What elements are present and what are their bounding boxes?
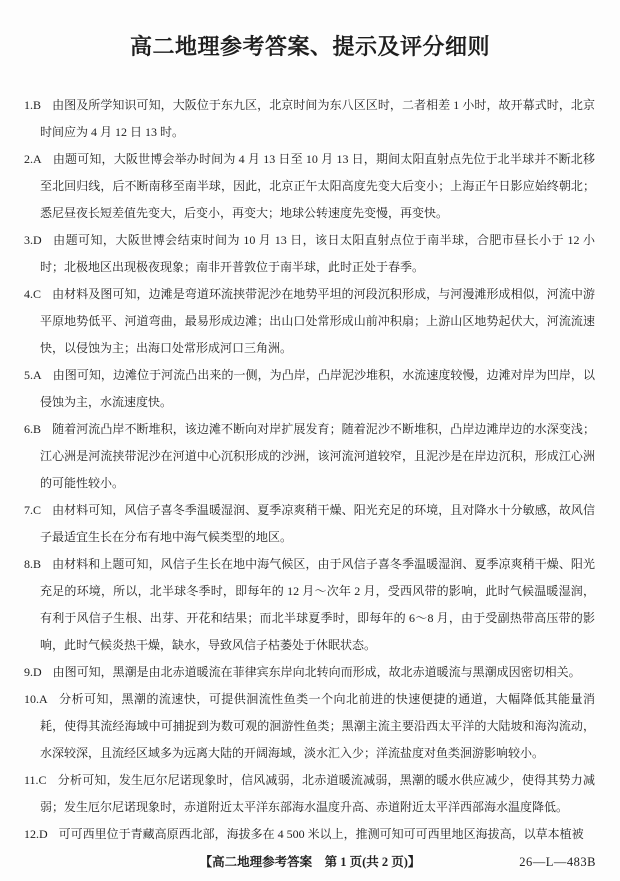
page-title: 高二地理参考答案、提示及评分细则 <box>0 0 620 62</box>
answer-text: 随着河流凸岸不断堆积，该边滩不断向对岸扩展发育；随着泥沙不断堆积，凸岸边滩岸边的… <box>40 422 595 490</box>
answer-item-1: 1.B由图及所学知识可知，大阪位于东九区，北京时间为东八区区时，二者相差 1 小… <box>40 92 595 146</box>
answer-text: 分析可知，黑潮的流速快，可提供洄流性鱼类一个向北前进的快速便捷的通道，大幅降低其… <box>40 692 595 760</box>
answer-number: 9.D <box>24 665 42 679</box>
answer-item-8: 8.B由材料和上题可知，风信子生长在地中海气候区，由于风信子喜冬季温暖湿润、夏季… <box>40 551 595 659</box>
answer-number: 11.C <box>24 773 47 787</box>
answer-number: 3.D <box>24 233 42 247</box>
answer-number: 7.C <box>24 503 41 517</box>
footer-document-code: 26—L—483B <box>519 854 596 871</box>
answer-number: 1.B <box>24 98 41 112</box>
answer-number: 6.B <box>24 422 41 436</box>
answer-sheet-page: 高二地理参考答案、提示及评分细则 1.B由图及所学知识可知，大阪位于东九区，北京… <box>0 0 620 881</box>
answer-number: 4.C <box>24 287 41 301</box>
answer-item-9: 9.D由图可知，黑潮是由北赤道暖流在菲律宾东岸向北转向而形成，故北赤道暖流与黑潮… <box>40 659 595 686</box>
answers-list: 1.B由图及所学知识可知，大阪位于东九区，北京时间为东八区区时，二者相差 1 小… <box>0 92 620 848</box>
answer-text: 由图及所学知识可知，大阪位于东九区，北京时间为东八区区时，二者相差 1 小时，故… <box>40 98 595 139</box>
answer-number: 10.A <box>24 692 48 706</box>
answer-text: 由材料和上题可知，风信子生长在地中海气候区，由于风信子喜冬季温暖湿润、夏季凉爽稍… <box>40 557 595 652</box>
answer-text: 由图可知，边滩位于河流凸出来的一侧，为凸岸，凸岸泥沙堆积，水流速度较慢，边滩对岸… <box>40 368 595 409</box>
answer-item-7: 7.C由材料可知，风信子喜冬季温暖湿润、夏季凉爽稍干燥、阳光充足的环境，且对降水… <box>40 497 595 551</box>
answer-item-2: 2.A由题可知，大阪世博会举办时间为 4 月 13 日至 10 月 13 日，期… <box>40 146 595 227</box>
answer-number: 5.A <box>24 368 42 382</box>
answer-item-12: 12.D可可西里位于青藏高原西北部，海拔多在 4 500 米以上，推测可知可可西… <box>40 821 595 848</box>
answer-text: 分析可知，发生厄尔尼诺现象时，信风减弱，北赤道暖流减弱，黑潮的暖水供应减少，使得… <box>40 773 595 814</box>
answer-text: 由题可知，大阪世博会举办时间为 4 月 13 日至 10 月 13 日，期间太阳… <box>40 152 595 220</box>
page-footer: 【高二地理参考答案 第 1 页(共 2 页)】 26—L—483B <box>0 854 620 871</box>
footer-page-info: 【高二地理参考答案 第 1 页(共 2 页)】 <box>200 855 421 869</box>
answer-number: 2.A <box>24 152 42 166</box>
answer-text: 由材料及图可知，边滩是弯道环流挟带泥沙在地势平坦的河段沉积形成，与河漫滩形成相似… <box>40 287 595 355</box>
answer-item-5: 5.A由图可知，边滩位于河流凸出来的一侧，为凸岸，凸岸泥沙堆积，水流速度较慢，边… <box>40 362 595 416</box>
answer-item-6: 6.B随着河流凸岸不断堆积，该边滩不断向对岸扩展发育；随着泥沙不断堆积，凸岸边滩… <box>40 416 595 497</box>
answer-text: 由题可知，大阪世博会结束时间为 10 月 13 日，该日太阳直射点位于南半球，合… <box>40 233 595 274</box>
answer-text: 由图可知，黑潮是由北赤道暖流在菲律宾东岸向北转向而形成，故北赤道暖流与黑潮成因密… <box>53 665 581 679</box>
answer-item-11: 11.C分析可知，发生厄尔尼诺现象时，信风减弱，北赤道暖流减弱，黑潮的暖水供应减… <box>40 767 595 821</box>
answer-number: 8.B <box>24 557 41 571</box>
answer-item-3: 3.D由题可知，大阪世博会结束时间为 10 月 13 日，该日太阳直射点位于南半… <box>40 227 595 281</box>
answer-text: 由材料可知，风信子喜冬季温暖湿润、夏季凉爽稍干燥、阳光充足的环境，且对降水十分敏… <box>40 503 595 544</box>
answer-item-10: 10.A分析可知，黑潮的流速快，可提供洄流性鱼类一个向北前进的快速便捷的通道，大… <box>40 686 595 767</box>
answer-text: 可可西里位于青藏高原西北部，海拔多在 4 500 米以上，推测可知可可西里地区海… <box>59 827 584 841</box>
answer-number: 12.D <box>24 827 48 841</box>
answer-item-4: 4.C由材料及图可知，边滩是弯道环流挟带泥沙在地势平坦的河段沉积形成，与河漫滩形… <box>40 281 595 362</box>
